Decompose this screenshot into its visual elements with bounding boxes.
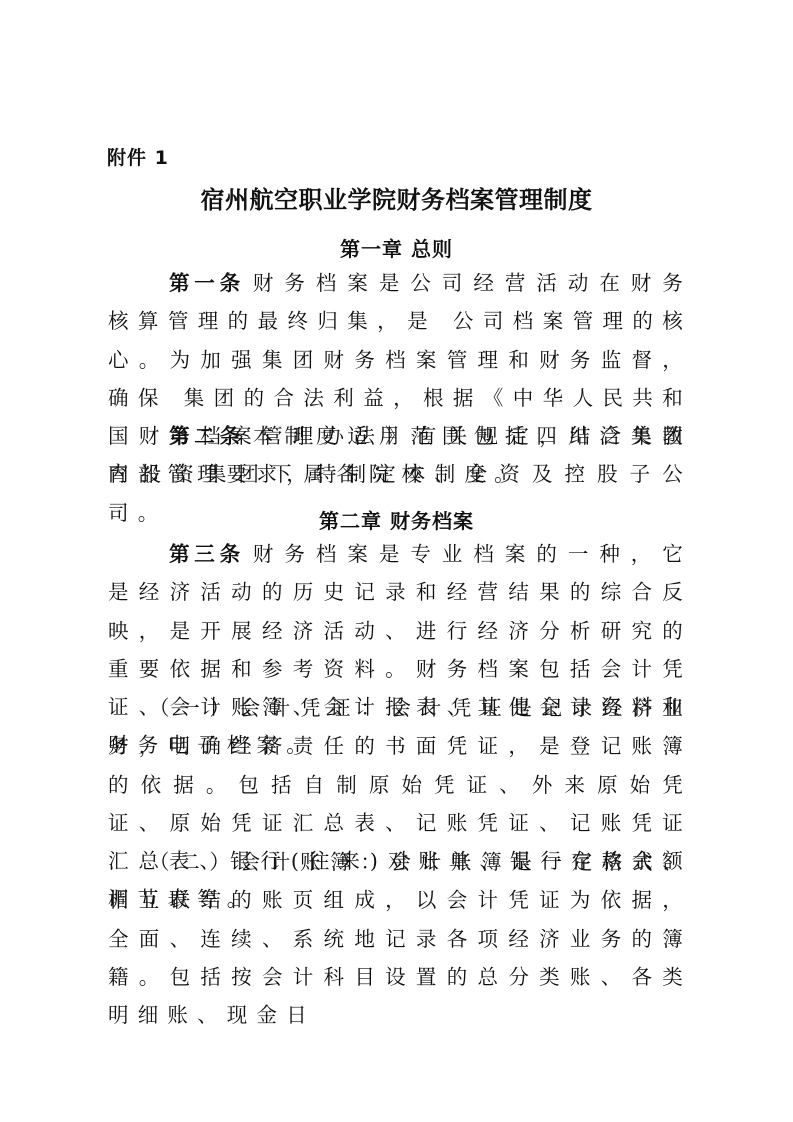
chapter-heading-2: 第二章 财务档案 bbox=[0, 505, 793, 534]
article-number: 第三条 bbox=[169, 542, 245, 566]
chapter-heading-1: 第一章 总则 bbox=[0, 233, 793, 262]
article-number: 第一条 bbox=[169, 271, 245, 295]
clause-accounting-books: （二）会计账簿：会计账簿是一定格式、相互联结的账页组成，以会计凭证为依据，全面、… bbox=[108, 843, 692, 1034]
article-number: 第二条 bbox=[169, 424, 245, 448]
attachment-label: 附件 1 bbox=[107, 143, 169, 170]
document-title: 宿州航空职业学院财务档案管理制度 bbox=[0, 180, 793, 215]
document-page: 附件 1 宿州航空职业学院财务档案管理制度 第一章 总则 第一条财务档案是公司经… bbox=[0, 0, 793, 1122]
clause-text: （二）会计账簿：会计账簿是一定格式、相互联结的账页组成，以会计凭证为依据，全面、… bbox=[108, 850, 692, 1027]
